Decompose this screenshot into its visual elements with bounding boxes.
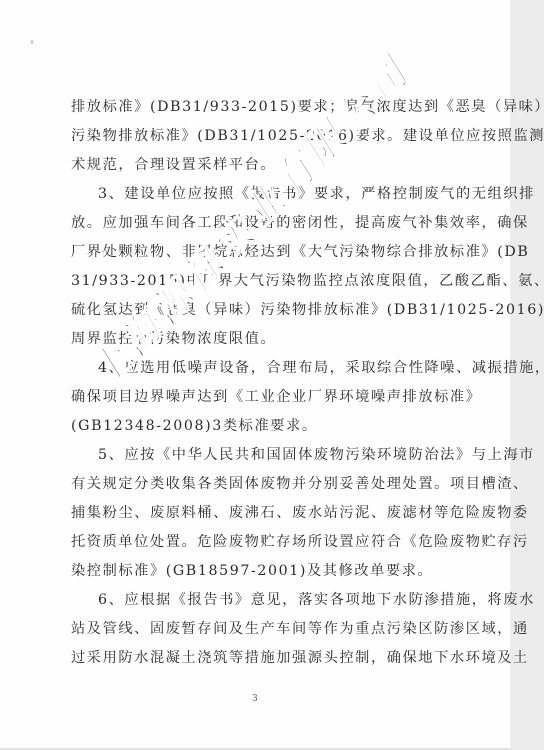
- text-line: 确保项目边界噪声达到《工业企业厂界环境噪声排放标准》: [71, 383, 465, 412]
- clause-4-line: 4、应选用低噪声设备，合理布局，采取综合性降噪、减振措施，: [71, 354, 465, 383]
- text-line: 放。应加强车间各工段和设备的密闭性，提高废气补集效率，确保: [71, 209, 465, 238]
- text-line: 过采用防水混凝土浇筑等措施加强源头控制，确保地下水环境及土: [71, 644, 465, 673]
- document-body: 排放标准》(DB31/933-2015)要求；臭气浓度达到《恶臭（异味） 污染物…: [71, 93, 465, 673]
- text-line: 托资质单位处置。危险废物贮存场所设置应符合《危险废物贮存污: [71, 528, 465, 557]
- text-line: 站及管线、固废暂存间及生产车间等作为重点污染区防渗区域，通: [71, 615, 465, 644]
- clause-6-line: 6、应根据《报告书》意见，落实各项地下水防渗措施，将废水: [71, 586, 465, 615]
- scan-speck: [30, 40, 34, 44]
- text-line: 有关规定分类收集各类固体废物并分别妥善处理处置。项目槽渣、: [71, 470, 465, 499]
- text-line: 染控制标准》(GB18597-2001)及其修改单要求。: [71, 557, 465, 586]
- text-line: 排放标准》(DB31/933-2015)要求；臭气浓度达到《恶臭（异味）: [71, 93, 465, 122]
- document-page: 排放标准》(DB31/933-2015)要求；臭气浓度达到《恶臭（异味） 污染物…: [0, 0, 511, 750]
- page-number: 3: [252, 694, 258, 704]
- clause-3-line: 3、建设单位应按照《报告书》要求，严格控制废气的无组织排: [71, 180, 465, 209]
- text-line: 捕集粉尘、废原料桶、废沸石、废水站污泥、废滤材等危险废物委: [71, 499, 465, 528]
- text-line: 硫化氢达到《恶臭（异味）污染物排放标准》(DB31/1025-2016)中: [71, 296, 465, 325]
- text-line: 31/933-2015)中厂界大气污染物监控点浓度限值，乙酸乙酯、氨、: [71, 267, 465, 296]
- text-line: 厂界处颗粒物、非甲烷总烃达到《大气污染物综合排放标准》(DB: [71, 238, 465, 267]
- text-line: 术规范，合理设置采样平台。: [71, 151, 465, 180]
- text-line: 污染物排放标准》(DB31/1025-2016)要求。建设单位应按照监测技: [71, 122, 465, 151]
- text-line: 周界监控点污染物浓度限值。: [71, 325, 465, 354]
- clause-5-line: 5、应按《中华人民共和国固体废物污染环境防治法》与上海市: [71, 441, 465, 470]
- text-line: (GB12348-2008)3类标准要求。: [71, 412, 465, 441]
